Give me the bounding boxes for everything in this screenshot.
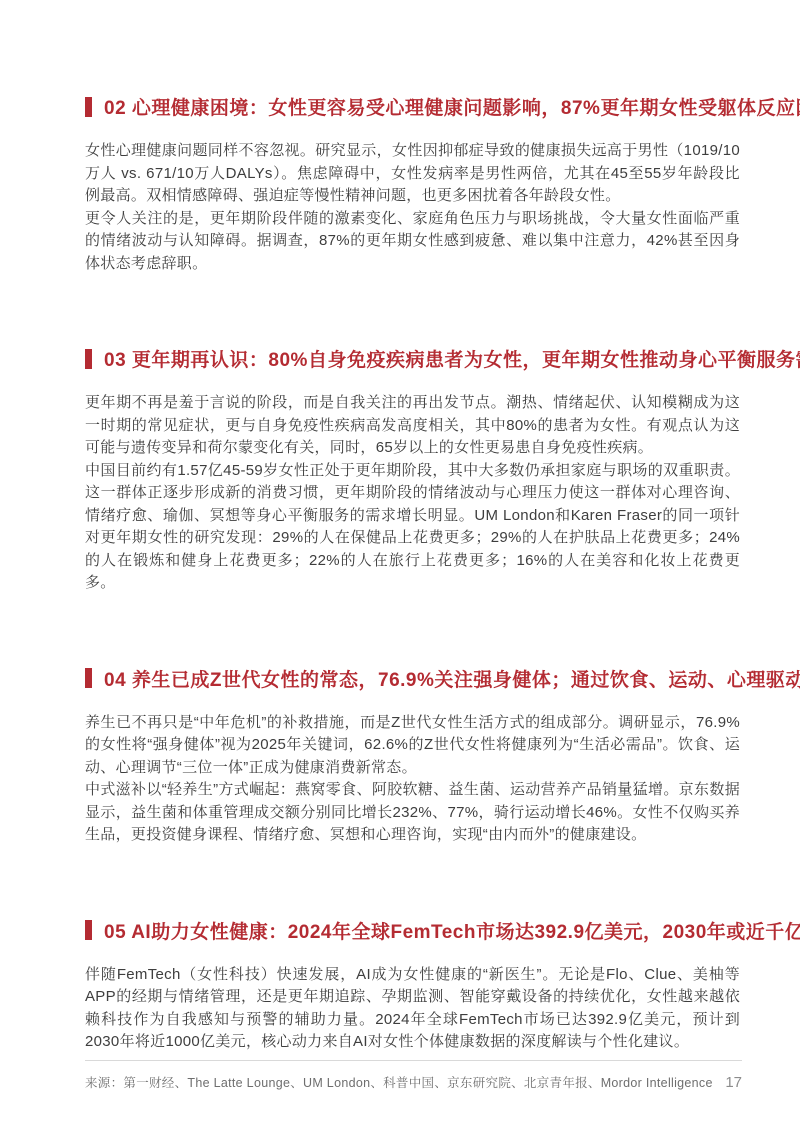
section-02-heading: 02 心理健康困境：女性更容易受心理健康问题影响，87%更年期女性受躯体反应困扰: [85, 93, 740, 120]
section-04-paragraph-2: 中式滋补以“轻养生”方式崛起：燕窝零食、阿胶软糖、益生菌、运动营养产品销量猛增。…: [85, 779, 740, 847]
heading-accent-bar-icon: [85, 97, 92, 117]
section-03-paragraph-2: 中国目前约有1.57亿45-59岁女性正处于更年期阶段，其中大多数仍承担家庭与职…: [85, 460, 740, 595]
report-page: 02 心理健康困境：女性更容易受心理健康问题影响，87%更年期女性受躯体反应困扰…: [0, 0, 800, 1131]
section-02-paragraph-2: 更令人关注的是，更年期阶段伴随的激素变化、家庭角色压力与职场挑战，令大量女性面临…: [85, 208, 740, 276]
section-05-body: 伴随FemTech（女性科技）快速发展，AI成为女性健康的“新医生”。无论是Fl…: [85, 964, 740, 1054]
section-menopause: 03 更年期再认识：80%自身免疫疾病患者为女性，更年期女性推动身心平衡服务需求…: [85, 345, 740, 595]
section-04-body: 养生已不再只是“中年危机”的补救措施，而是Z世代女性生活方式的组成部分。调研显示…: [85, 712, 740, 847]
section-05-heading: 05 AI助力女性健康：2024年全球FemTech市场达392.9亿美元，20…: [85, 917, 740, 944]
section-05-heading-text: 05 AI助力女性健康：2024年全球FemTech市场达392.9亿美元，20…: [104, 917, 800, 944]
section-femtech-ai: 05 AI助力女性健康：2024年全球FemTech市场达392.9亿美元，20…: [85, 917, 740, 1054]
page-content: 02 心理健康困境：女性更容易受心理健康问题影响，87%更年期女性受躯体反应困扰…: [0, 0, 800, 1054]
section-05-paragraph-1: 伴随FemTech（女性科技）快速发展，AI成为女性健康的“新医生”。无论是Fl…: [85, 964, 740, 1054]
page-footer: 来源：第一财经、The Latte Lounge、UM London、科普中国、…: [85, 1060, 742, 1091]
heading-accent-bar-icon: [85, 920, 92, 940]
section-02-paragraph-1: 女性心理健康问题同样不容忽视。研究显示，女性因抑郁症导致的健康损失远高于男性（1…: [85, 140, 740, 208]
section-04-heading-text: 04 养生已成Z世代女性的常态，76.9%关注强身健体；通过饮食、运动、心理驱动…: [104, 665, 800, 692]
section-mental-health: 02 心理健康困境：女性更容易受心理健康问题影响，87%更年期女性受躯体反应困扰…: [85, 93, 740, 275]
footer-sources: 来源：第一财经、The Latte Lounge、UM London、科普中国、…: [85, 1073, 713, 1091]
section-04-paragraph-1: 养生已不再只是“中年危机”的补救措施，而是Z世代女性生活方式的组成部分。调研显示…: [85, 712, 740, 780]
section-04-heading: 04 养生已成Z世代女性的常态，76.9%关注强身健体；通过饮食、运动、心理驱动…: [85, 665, 740, 692]
section-03-paragraph-1: 更年期不再是羞于言说的阶段，而是自我关注的再出发节点。潮热、情绪起伏、认知模糊成…: [85, 392, 740, 460]
heading-accent-bar-icon: [85, 668, 92, 688]
section-03-heading: 03 更年期再认识：80%自身免疫疾病患者为女性，更年期女性推动身心平衡服务需求…: [85, 345, 740, 372]
page-number: 17: [725, 1074, 742, 1091]
heading-accent-bar-icon: [85, 349, 92, 369]
section-02-heading-text: 02 心理健康困境：女性更容易受心理健康问题影响，87%更年期女性受躯体反应困扰: [104, 93, 800, 120]
section-02-body: 女性心理健康问题同样不容忽视。研究显示，女性因抑郁症导致的健康损失远高于男性（1…: [85, 140, 740, 275]
section-03-heading-text: 03 更年期再认识：80%自身免疫疾病患者为女性，更年期女性推动身心平衡服务需求…: [104, 345, 800, 372]
section-03-body: 更年期不再是羞于言说的阶段，而是自我关注的再出发节点。潮热、情绪起伏、认知模糊成…: [85, 392, 740, 595]
section-wellness: 04 养生已成Z世代女性的常态，76.9%关注强身健体；通过饮食、运动、心理驱动…: [85, 665, 740, 847]
